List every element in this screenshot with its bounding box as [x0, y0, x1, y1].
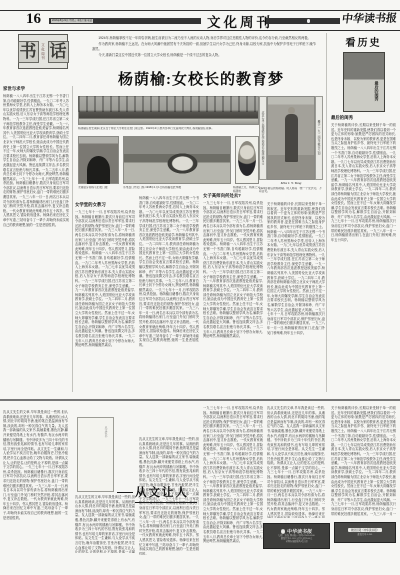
dateline-bar: 2013年8月21日 星期三 本版主编 电话	[49, 18, 201, 24]
article-text: 一九三七年十一月,日军攻陷苏州,烧杀抢掠。杨荫榆目睹暴行,数次只身前往日军司令部…	[203, 201, 263, 389]
article-column-5: 关于杨荫榆的评价,长期以来受制于单一的叙述。近年史料的重新发掘,使我们得以看到一…	[267, 202, 325, 393]
column-divider	[72, 86, 73, 392]
article-column-2: 女学堂的女教习 一九三七年十一月,日军攻陷苏州,烧杀抢掠。杨荫榆目睹暴行,数次只…	[75, 202, 135, 393]
article-column-3: 杨荫榆一八八四年出生于江苏无锡一个书香门第,自幼聪颖好学,性情刚直。一九〇二年考…	[139, 196, 199, 393]
masthead-logo: 中华读书报	[341, 10, 398, 27]
bottom-column-1: 沈从文先生的文章,早年我是读过一些的,但认真系统地读,还是近几年的事。从湘西的山…	[3, 410, 68, 558]
lead-paragraph: 今天,重新打量这位中国近代第一位国立大学女校长,杨荫榆是一个绕不过去的复杂人物。	[92, 53, 316, 58]
sidebar-title: 看历史	[331, 34, 396, 49]
oval-portrait-photo	[235, 136, 259, 184]
newspaper-logo-icon	[281, 529, 286, 534]
section-heading: 女子高师向何处去?	[203, 193, 263, 199]
stamp-glyph-right: 话	[48, 41, 69, 63]
vertical-caption: 摄于一九二四年就任之初	[317, 120, 321, 155]
page-number: 16	[26, 11, 41, 28]
section-heading: 家世与求学	[3, 86, 69, 92]
bottom-column-3: 沈从文先生的文章,早年我是读过一些的,但认真系统地读,还是近几年的事。从湘西的山…	[139, 437, 199, 555]
group-photo	[78, 96, 259, 125]
header-bar-right	[266, 18, 340, 24]
book-page-image: 从文家书	[77, 417, 114, 492]
book-spine-text: 从文家书	[104, 426, 108, 437]
group-photo-caption: 杨荫榆任校长期间,北京女子师范大学师生在校门前合影。1924年2月,教育部举行女…	[78, 127, 259, 135]
ad-line: 邮发代号:1-201	[358, 534, 373, 537]
portrait-photo-tall: 北京女子高等师范学校校长杨荫榆女士 摄于一九二四年就任之初	[259, 96, 323, 180]
article-text: 杨荫榆一八八四年出生于江苏无锡一个书香门第,自幼聪颖好学,性情刚直。一九〇二年考…	[3, 94, 69, 390]
caption-strip-left: 北京女子高等师范学校校长杨荫榆女士	[259, 96, 267, 180]
bar-dot	[307, 19, 310, 22]
gate-photo	[78, 136, 119, 184]
stamp-glyph-left: 书	[18, 41, 39, 63]
subscription-ad-left: 中华读书报 每周三出版 国内统一刊号:CN11-0160 邮发代号:1-201 …	[263, 523, 330, 549]
article-column-4: 女子高师向何处去? 一九三七年十一月,日军攻陷苏州,烧杀抢掠。杨荫榆目睹暴行,数…	[203, 193, 263, 393]
ad-masthead: 中华读书报	[287, 528, 313, 535]
sidebar-article-text: 关于杨荫榆的评价,长期以来受制于单一的叙述。近年史料的重新发掘,使我们得以看到一…	[331, 123, 396, 381]
sidebar-divider	[326, 33, 327, 392]
portrait-caption: 1924年前后的杨荫榆。时人称其「像一个女学究」,不苟言笑。	[259, 187, 323, 199]
ad-pill-label: 欢迎订阅《中华读书报》	[348, 528, 383, 532]
portrait-name-english: Miss I. Y. Yang	[259, 181, 323, 185]
ad-line: 全国各地邮局均可订阅	[286, 541, 308, 544]
caption-strip-right: 摄于一九二四年就任之初	[315, 96, 323, 180]
bridge-photo-caption: 苏州盘门外吴门桥,1938年1月1日杨荫榆在此殉难	[123, 186, 231, 191]
newspaper-page: 16 2013年8月21日 星期三 本版主编 电话 文化周刊 中华读书报 书 文…	[0, 0, 400, 575]
section-divider-rule	[0, 399, 400, 401]
sidebar-article-heading: 最后的闺秀	[331, 115, 396, 121]
article-column-left: 家世与求学 杨荫榆一八八四年出生于江苏无锡一个书香门第,自幼聪颖好学,性情刚直。…	[3, 86, 69, 392]
portrait-image	[267, 96, 315, 180]
lead-paragraph: 1924年,杨荫榆掌校不足一年即告折戟,她生前被目为二流乃至不入流的反动人物,身…	[92, 36, 316, 41]
vertical-caption: 北京女子高等师范学校校长杨荫榆女士	[261, 111, 265, 165]
header-rule	[0, 30, 400, 31]
bottom-column-4: 一九三七年十一月,日军攻陷苏州,烧杀抢掠。杨荫榆目睹暴行,数次只身前往日军司令部…	[203, 406, 263, 548]
stamp-label: 文化周刊	[41, 43, 46, 61]
main-headline: 杨荫榆:女校长的教育梦	[86, 68, 316, 89]
bottom-column-5: 沈从文先生的文章,早年我是读过一些的,但认真系统地读,还是近几年的事。从湘西的山…	[267, 406, 325, 518]
culture-weekly-stamp: 书 文化周刊 话	[18, 34, 68, 69]
sidebar-look-at-history: 看历史 最后的闺秀 最后的闺秀 关于杨荫榆的评价,长期以来受制于单一的叙述。近年…	[331, 34, 396, 392]
bottom-column-2: 沈从文先生的文章,早年我是读过一些的,但认真系统地读,还是近几年的事。从湘西的山…	[75, 495, 135, 553]
bridge-photo	[123, 136, 231, 184]
section-heading: 女学堂的女教习	[75, 202, 135, 208]
gate-photo-caption: 无锡留芬巷杨宅旧址门楼	[78, 186, 119, 194]
dateline-text: 2013年8月21日 星期三 本版主编 电话	[51, 19, 93, 22]
article-text: 一九三七年十一月,日军攻陷苏州,烧杀抢掠。杨荫榆目睹暴行,数次只身前往日军司令部…	[75, 210, 135, 391]
book-cover-title: 最后的闺秀	[374, 81, 380, 101]
lead-paragraph: 作为教育家,杨荫榆不乏远见。在女师大风潮中她固然有千夫所指的一面,但她毕生以兴女…	[92, 42, 316, 51]
lead-intro: 1924年,杨荫榆掌校不足一年即告折戟,她生前被目为二流乃至不入流的反动人物,身…	[92, 36, 316, 68]
bottom-column-6: 关于杨荫榆的评价,长期以来受制于单一的叙述。近年史料的重新发掘,使我们得以看到一…	[331, 406, 396, 516]
book-cover-image: 最后的闺秀	[343, 52, 385, 112]
subscription-ad-right: 欢迎订阅《中华读书报》 邮发代号:1-201	[334, 522, 396, 543]
